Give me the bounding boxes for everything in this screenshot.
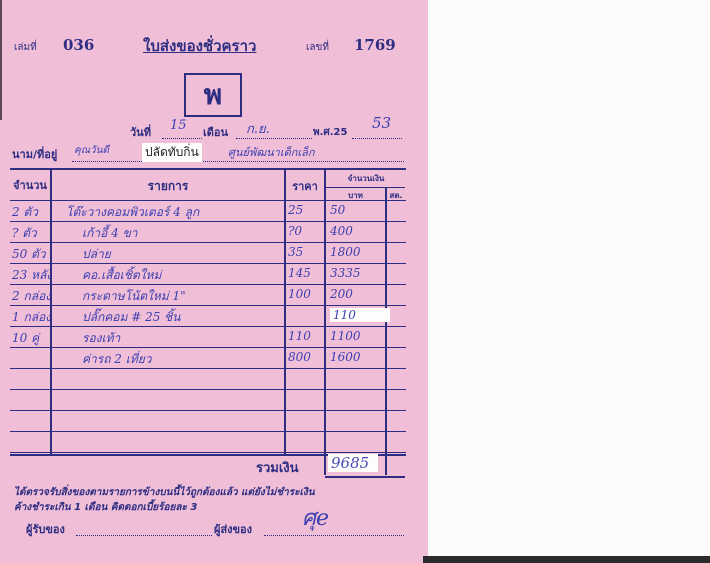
- book-number: 036: [63, 36, 94, 54]
- row-qty: 2 ตัว: [12, 203, 50, 222]
- doc-number: 1769: [354, 36, 396, 54]
- table-row: [0, 411, 428, 431]
- row-price: 800: [288, 350, 322, 364]
- row-baht: 110: [330, 308, 390, 322]
- row-baht: 1600: [330, 350, 384, 364]
- document-title: ใบส่งของชั่วคราว: [143, 34, 256, 58]
- table-row: [0, 432, 428, 452]
- amount-subheader-line: [325, 187, 405, 188]
- table-row: 10 คู่รองเท้า1101100: [0, 327, 428, 347]
- sender-signature: ศุe: [302, 500, 329, 535]
- year-label: พ.ศ.25: [313, 125, 347, 140]
- table-row: [0, 390, 428, 410]
- recipient-name-handwritten: คุณวันดี: [74, 143, 109, 158]
- row-item: ปลั๊กคอม # 25 ชิ้น: [60, 308, 304, 327]
- month-value: ก.ย.: [246, 118, 270, 139]
- row-qty: ? ตัว: [12, 224, 50, 243]
- stamp-box: พ: [184, 73, 242, 117]
- table-row: 23 หลังคอ.เสื้อเชิ้ตใหม่1453335: [0, 264, 428, 284]
- header-qty: จำนวน: [10, 176, 50, 194]
- row-item: ปล่าย: [60, 245, 304, 264]
- row-price: 35: [288, 245, 322, 259]
- header-price: ราคา: [286, 177, 324, 195]
- month-label: เดือน: [203, 123, 228, 141]
- stamp-letter: พ: [204, 73, 222, 117]
- table-row: 2 ตัวโต๊ะวางคอมพิวเตอร์ 4 ลูก2550: [0, 201, 428, 221]
- receiver-signature-line: [76, 535, 212, 536]
- table-row: 2 กล่องกระดาษโน้ตใหม่ 1"100200: [0, 285, 428, 305]
- row-qty: 50 ตัว: [12, 245, 50, 264]
- footer-line-2: ค้างชำระเกิน 1 เดือน คิดดอกเบี้ยร้อยละ 3: [14, 500, 197, 515]
- total-value: 9685: [328, 454, 378, 472]
- row-item: โต๊ะวางคอมพิวเตอร์ 4 ลูก: [60, 203, 288, 222]
- year-dotline: [352, 138, 402, 139]
- table-row: [0, 369, 428, 389]
- recipient-name-printed: ปลัดทับกิ่น: [142, 143, 202, 162]
- doc-number-label: เลขที่: [306, 40, 329, 55]
- book-label: เล่มที่: [14, 40, 37, 55]
- table-top-border: [10, 168, 406, 170]
- table-row: ? ตัวเก้าอี้ 4 ขา?0400: [0, 222, 428, 242]
- row-baht: 1100: [330, 329, 384, 343]
- delivery-note-paper: เล่มที่ 036 ใบส่งของชั่วคราว เลขที่ 1769…: [0, 0, 428, 563]
- scan-edge: [0, 0, 2, 120]
- row-price: 25: [288, 203, 322, 217]
- header-amount: จำนวนเงิน: [326, 172, 406, 185]
- row-price: ?0: [288, 224, 322, 238]
- footer-line-1: ได้ตรวจรับสิ่งของตามรายการข้างบนนี้ไว้ถู…: [14, 485, 315, 500]
- year-value: 53: [372, 114, 391, 132]
- row-qty: 1 กล่อง: [12, 308, 50, 327]
- row-divider: [10, 452, 406, 453]
- recipient-address: ศูนย์พัฒนาเด็กเล็ก: [228, 143, 315, 161]
- receiver-label: ผู้รับของ: [26, 520, 65, 538]
- row-price: 110: [288, 329, 322, 343]
- total-label: รวมเงิน: [256, 457, 299, 478]
- day-label: วันที่: [130, 123, 151, 141]
- row-item: ค่ารถ 2 เที่ยว: [60, 350, 304, 369]
- table-row: 1 กล่องปลั๊กคอม # 25 ชิ้น110: [0, 306, 428, 326]
- recipient-dotline: [72, 161, 404, 162]
- row-baht: 200: [330, 287, 384, 301]
- row-item: รองเท้า: [60, 329, 304, 348]
- table-row: 50 ตัวปล่าย351800: [0, 243, 428, 263]
- row-price: 100: [288, 287, 322, 301]
- row-qty: 10 คู่: [12, 329, 50, 348]
- row-baht: 3335: [330, 266, 384, 280]
- recipient-label: นาม/ที่อยู่: [12, 145, 57, 163]
- sender-label: ผู้ส่งของ: [214, 520, 252, 538]
- row-baht: 50: [330, 203, 384, 217]
- row-item: กระดาษโน้ตใหม่ 1": [60, 287, 304, 306]
- row-item: คอ.เสื้อเชิ้ตใหม่: [60, 266, 304, 285]
- day-value: 15: [170, 118, 187, 133]
- row-qty: 23 หลัง: [12, 266, 50, 285]
- header-item: รายการ: [52, 177, 284, 196]
- day-dotline: [162, 138, 202, 139]
- row-qty: 2 กล่อง: [12, 287, 50, 306]
- row-baht: 400: [330, 224, 384, 238]
- row-price: 145: [288, 266, 322, 280]
- row-item: เก้าอี้ 4 ขา: [60, 224, 304, 243]
- total-underline: [325, 476, 405, 478]
- row-baht: 1800: [330, 245, 384, 259]
- table-row: ค่ารถ 2 เที่ยว8001600: [0, 348, 428, 368]
- sender-signature-line: [264, 535, 404, 536]
- scanner-edge-bar: [423, 556, 710, 563]
